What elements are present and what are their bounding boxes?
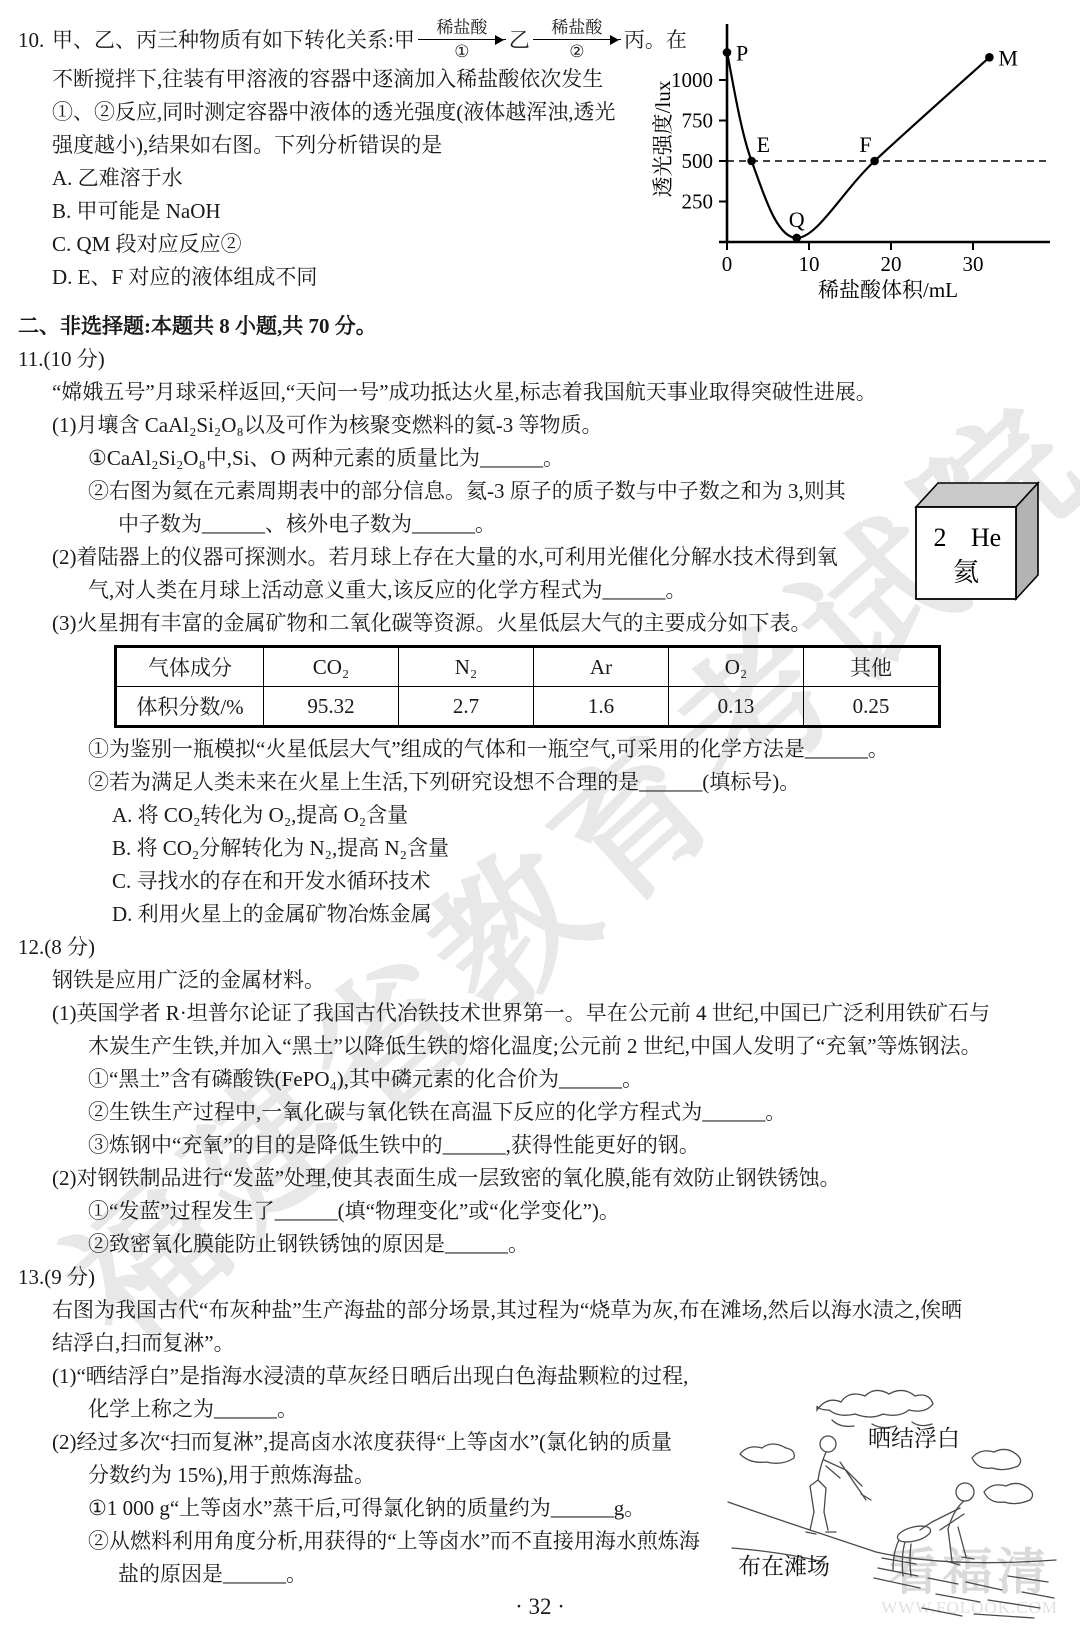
q10-stem-pre: 甲、乙、丙三种物质有如下转化关系:甲: [52, 25, 415, 55]
table-cell: 体积分数/%: [116, 687, 264, 727]
q10-stem-post: 丙。在: [624, 25, 687, 55]
q11-item3: (3)火星拥有丰富的金属矿物和二氧化碳等资源。火星低层大气的主要成分如下表。: [18, 607, 1062, 640]
q11-intro: “嫦娥五号”月球采样返回,“天问一号”成功抵达火星,标志着我国航天事业取得突破性…: [18, 376, 1062, 409]
q11-item3-sub1: ①为鉴别一瓶模拟“火星低层大气”组成的气体和一瓶空气,可采用的化学方法是____…: [18, 733, 1062, 766]
element-name: 氦: [953, 558, 979, 587]
table-cell: 0.13: [669, 687, 804, 727]
table-cell: 0.25: [804, 687, 940, 727]
table-cell: 2.7: [399, 687, 534, 727]
q11-option-a: A. 将 CO₂转化为 O₂,提高 O₂含量: [18, 799, 1062, 832]
table-header-row: 气体成分 CO₂ N₂ Ar O₂ 其他: [116, 647, 940, 687]
arrow-1-icon: [418, 39, 506, 40]
svg-text:M: M: [998, 45, 1018, 70]
illustration-label-bottom: 布在滩场: [738, 1554, 830, 1579]
svg-text:0: 0: [722, 252, 733, 276]
step-label-1: ①: [454, 42, 469, 61]
q10-number: 10.: [18, 25, 52, 55]
table-header-cell: Ar: [534, 647, 669, 687]
question-13: 13.(9 分) 右图为我国古代“布灰种盐”生产海盐的部分场景,其过程为“烧草为…: [18, 1261, 1062, 1620]
table-data-row: 体积分数/% 95.32 2.7 1.6 0.13 0.25: [116, 687, 940, 727]
q11-option-d: D. 利用火星上的金属矿物冶炼金属: [18, 898, 1062, 931]
svg-text:750: 750: [682, 109, 714, 133]
exam-page: 25050075010000102030PEQFM稀盐酸体积/mL透光强度/lu…: [0, 0, 1080, 1620]
q12-item2: (2)对钢铁制品进行“发蓝”处理,使其表面生成一层致密的氧化膜,能有效防止钢铁锈…: [18, 1162, 1062, 1195]
q13-number: 13.(9 分): [18, 1261, 1062, 1294]
element-cell-svg: 2 He 氦: [904, 471, 1056, 603]
q12-item1-sub3: ③炼钢中“充氧”的目的是降低生铁中的______,获得性能更好的钢。: [18, 1129, 1062, 1162]
element-symbol: He: [971, 523, 1001, 552]
q12-item1-sub1: ①“黑土”含有磷酸铁(FePO₄),其中磷元素的化合价为______。: [18, 1063, 1062, 1096]
q11-option-b: B. 将 CO₂分解转化为 N₂,提高 N₂含量: [18, 832, 1062, 865]
q12-item1-sub2: ②生铁生产过程中,一氧化碳与氧化铁在高温下反应的化学方程式为______。: [18, 1096, 1062, 1129]
svg-text:1000: 1000: [671, 68, 713, 92]
salt-making-illustration: 晒结浮白 布在滩场: [722, 1362, 1062, 1620]
question-12: 12.(8 分) 钢铁是应用广泛的金属材料。 (1)英国学者 R·坦普尔论证了我…: [18, 931, 1062, 1261]
q10-stem-mid: 乙: [509, 25, 530, 55]
table-header-cell: O₂: [669, 647, 804, 687]
svg-text:Q: Q: [789, 207, 805, 232]
reagent-label-1: 稀盐酸: [436, 18, 487, 37]
question-10: 25050075010000102030PEQFM稀盐酸体积/mL透光强度/lu…: [18, 14, 1062, 310]
q13-intro-line1: 右图为我国古代“布灰种盐”生产海盐的部分场景,其过程为“烧草为灰,布在滩场,然后…: [18, 1294, 1062, 1327]
q10-stem-line1: 10. 甲、乙、丙三种物质有如下转化关系:甲 稀盐酸 ① 乙 稀盐酸 ② 丙。在: [18, 14, 636, 63]
q12-item1-line2: 木炭生产生铁,并加入“黑土”以降低生铁的熔化温度;公元前 2 世纪,中国人发明了…: [18, 1030, 1062, 1063]
svg-text:稀盐酸体积/mL: 稀盐酸体积/mL: [818, 278, 958, 302]
svg-text:30: 30: [963, 252, 984, 276]
svg-text:透光强度/lux: 透光强度/lux: [651, 80, 675, 197]
svg-text:500: 500: [682, 149, 714, 173]
svg-text:E: E: [757, 132, 770, 157]
page-number: · 32 ·: [0, 1594, 1080, 1620]
section-2-title: 二、非选择题:本题共 8 小题,共 70 分。: [18, 310, 1062, 343]
q12-item2-sub1: ①“发蓝”过程发生了______(填“物理变化”或“化学变化”)。: [18, 1195, 1062, 1228]
arrow-2-icon: [533, 39, 621, 40]
q12-intro: 钢铁是应用广泛的金属材料。: [18, 964, 1062, 997]
q11-option-c: C. 寻找水的存在和开发水循环技术: [18, 865, 1062, 898]
table-cell: 1.6: [534, 687, 669, 727]
q13-intro-line2: 结浮白,扫而复淋”。: [18, 1327, 1062, 1360]
table-header-cell: 其他: [804, 647, 940, 687]
q11-number: 11.(10 分): [18, 343, 1062, 376]
question-11: 11.(10 分) “嫦娥五号”月球采样返回,“天问一号”成功抵达火星,标志着我…: [18, 343, 1062, 931]
step-label-2: ②: [569, 42, 584, 61]
q12-item1-line1: (1)英国学者 R·坦普尔论证了我国古代冶铁技术世界第一。早在公元前 4 世纪,…: [18, 997, 1062, 1030]
illustration-label-top: 晒结浮白: [868, 1426, 960, 1451]
q11-item1: (1)月壤含 CaAl₂Si₂O₈以及可作为核聚变燃料的氦-3 等物质。: [18, 409, 1062, 442]
transmittance-chart: 25050075010000102030PEQFM稀盐酸体积/mL透光强度/lu…: [642, 14, 1062, 306]
table-cell: 95.32: [264, 687, 399, 727]
salt-scene-svg: 晒结浮白 布在滩场: [722, 1362, 1062, 1620]
svg-text:P: P: [736, 40, 748, 65]
reagent-label-2: 稀盐酸: [551, 18, 602, 37]
line-chart-svg: 25050075010000102030PEQFM稀盐酸体积/mL透光强度/lu…: [642, 14, 1062, 306]
helium-element-box: 2 He 氦: [904, 471, 1056, 603]
section-2-header: 二、非选择题:本题共 8 小题,共 70 分。: [18, 310, 1062, 343]
svg-text:250: 250: [682, 190, 714, 214]
q12-item2-sub2: ②致密氧化膜能防止钢铁锈蚀的原因是______。: [18, 1228, 1062, 1261]
table-header-cell: N₂: [399, 647, 534, 687]
svg-text:F: F: [859, 132, 871, 157]
reaction-arrow-2: 稀盐酸 ②: [533, 18, 621, 61]
table-header-cell: 气体成分: [116, 647, 264, 687]
mars-atmosphere-table: 气体成分 CO₂ N₂ Ar O₂ 其他 体积分数/% 95.32 2.7 1.…: [114, 645, 941, 728]
reaction-arrow-1: 稀盐酸 ①: [418, 18, 506, 61]
q11-item3-sub2: ②若为满足人类未来在火星上生活,下列研究设想不合理的是______(填标号)。: [18, 766, 1062, 799]
svg-text:20: 20: [881, 252, 902, 276]
scene-linework: [728, 1390, 1056, 1618]
svg-text:10: 10: [799, 252, 820, 276]
q12-number: 12.(8 分): [18, 931, 1062, 964]
table-header-cell: CO₂: [264, 647, 399, 687]
element-atomic-number: 2: [934, 523, 947, 552]
